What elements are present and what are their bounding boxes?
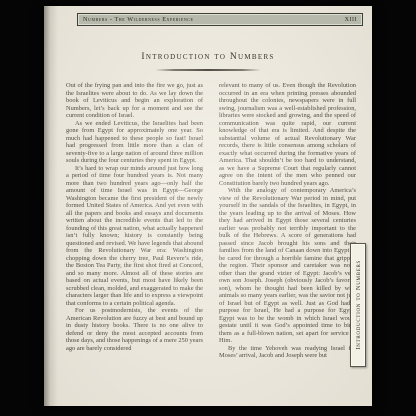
chapter-margin-tab: Introduction to Numbers <box>350 243 366 367</box>
body-paragraph: relevant to many of us. Even though the … <box>219 82 356 187</box>
body-paragraph: It’s hard to wrap our minds around just … <box>66 165 203 308</box>
margin-tab-label: Introduction to Numbers <box>355 260 362 350</box>
body-paragraph: Out of the frying pan and into the fire … <box>66 82 203 120</box>
left-column: Out of the frying pan and into the fire … <box>66 82 203 400</box>
body-paragraph: By the time Yehoveh was readying Israel … <box>219 345 356 360</box>
chapter-title: Introduction to Numbers <box>44 52 372 62</box>
right-column: relevant to many of us. Even though the … <box>219 82 356 400</box>
running-header-title: Numbers - The Wilderness Experience <box>83 16 193 23</box>
screenshot-frame: Numbers - The Wilderness Experience XIII… <box>0 0 416 416</box>
running-header-bar: Numbers - The Wilderness Experience XIII <box>77 13 363 26</box>
body-paragraph: With the analogy of contemporary America… <box>219 187 356 345</box>
book-page: Numbers - The Wilderness Experience XIII… <box>44 6 372 406</box>
page-number: XIII <box>345 17 357 23</box>
body-paragraph: For us postmodernists, the events of the… <box>66 307 203 352</box>
body-text-block: Out of the frying pan and into the fire … <box>66 82 356 400</box>
body-paragraph: As we ended Leviticus, the Israelites ha… <box>66 120 203 165</box>
title-flourish-divider <box>155 69 261 71</box>
